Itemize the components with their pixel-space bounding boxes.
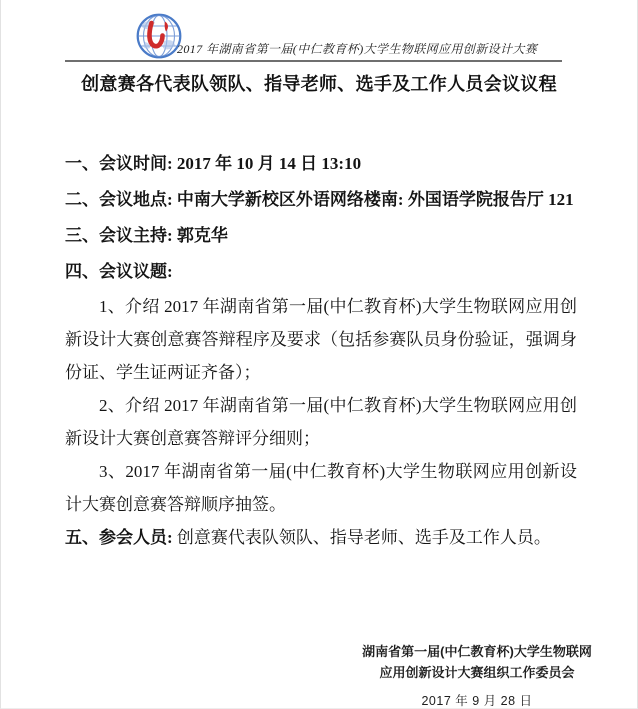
agenda-item-meeting-time: 一、会议时间: 2017 年 10 月 14 日 13:10: [65, 146, 577, 182]
agenda-body: 一、会议时间: 2017 年 10 月 14 日 13:10 二、会议地点: 中…: [65, 146, 577, 554]
meeting-place-label: 二、会议地点:: [65, 190, 177, 209]
topic-paragraph-1: 1、介绍 2017 年湖南省第一届(中仁教育杯)大学生物联网应用创新设计大赛创意…: [65, 290, 577, 389]
document-date: 2017 年 9 月 28 日: [349, 691, 605, 709]
topic-paragraph-3: 3、2017 年湖南省第一届(中仁教育杯)大学生物联网应用创新设计大赛创意赛答辩…: [65, 455, 577, 521]
header-banner-text: 2017 年湖南省第一届(中仁教育杯)大学生物联网应用创新设计大赛: [177, 40, 537, 57]
meeting-topics-label: 四、会议议题:: [65, 262, 173, 281]
meeting-place-value: 中南大学新校区外语网络楼南: 外国语学院报告厅 121: [177, 190, 574, 209]
attendees-value: 创意赛代表队领队、指导老师、选手及工作人员。: [177, 528, 551, 547]
meeting-time-value: 2017 年 10 月 14 日 13:10: [177, 154, 361, 173]
agenda-item-meeting-topics: 四、会议议题:: [65, 254, 577, 290]
organizer-name-line-1: 湖南省第一届(中仁教育杯)大学生物联网: [349, 641, 605, 662]
meeting-host-value: 郭克华: [177, 226, 228, 245]
signature-block: 湖南省第一届(中仁教育杯)大学生物联网 应用创新设计大赛组织工作委员会 2017…: [349, 641, 605, 709]
meeting-host-label: 三、会议主持:: [65, 226, 177, 245]
document-page: 2017 年湖南省第一届(中仁教育杯)大学生物联网应用创新设计大赛 创意赛各代表…: [0, 0, 638, 709]
agenda-item-attendees: 五、参会人员: 创意赛代表队领队、指导老师、选手及工作人员。: [65, 521, 577, 554]
header-divider-line: [65, 60, 562, 62]
agenda-item-meeting-host: 三、会议主持: 郭克华: [65, 218, 577, 254]
competition-globe-logo-icon: [135, 12, 183, 60]
organizer-name-line-2: 应用创新设计大赛组织工作委员会: [349, 662, 605, 683]
topic-paragraph-2: 2、介绍 2017 年湖南省第一届(中仁教育杯)大学生物联网应用创新设计大赛创意…: [65, 389, 577, 455]
document-title: 创意赛各代表队领队、指导老师、选手及工作人员会议议程: [1, 70, 637, 96]
attendees-label: 五、参会人员:: [65, 528, 177, 547]
agenda-item-meeting-place: 二、会议地点: 中南大学新校区外语网络楼南: 外国语学院报告厅 121: [65, 182, 577, 218]
meeting-time-label: 一、会议时间:: [65, 154, 177, 173]
